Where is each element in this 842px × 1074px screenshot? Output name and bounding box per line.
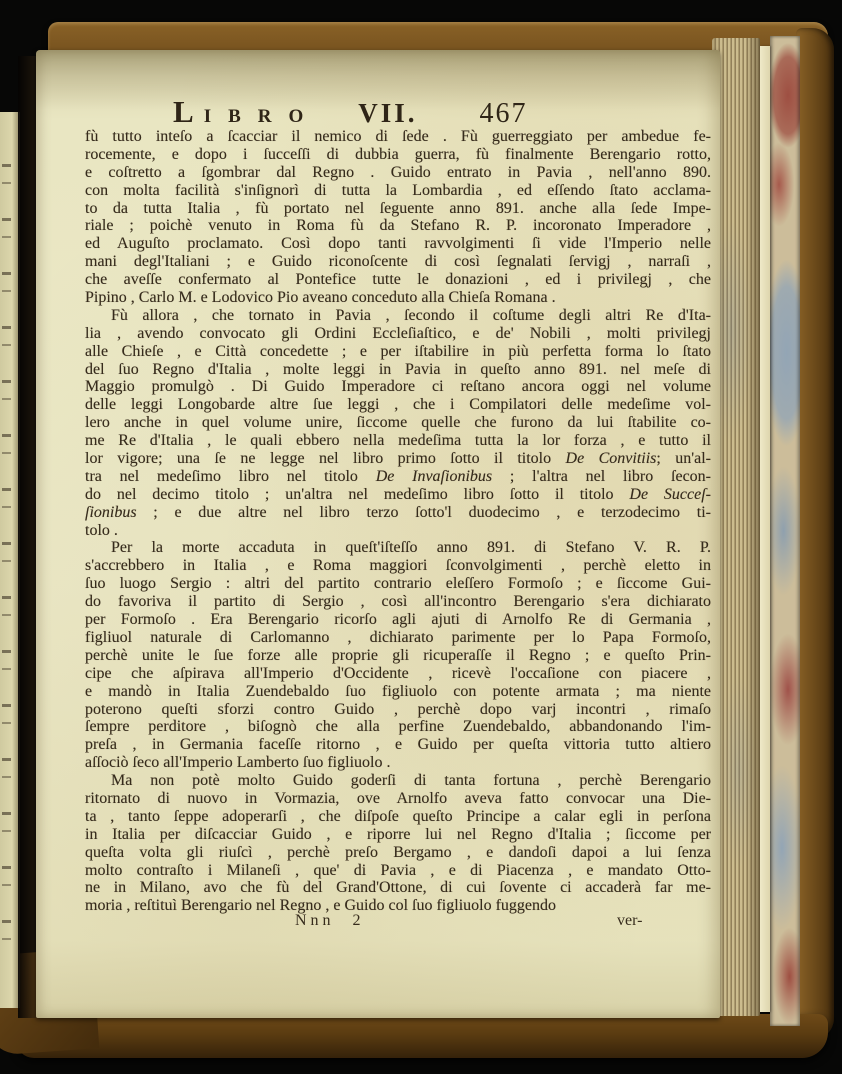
catchword: ver- bbox=[617, 912, 642, 930]
text-line: queſta volta gli riuſcì , perchè preſo B… bbox=[85, 844, 711, 862]
text-line: Fù allora , che tornato in Pavia , ſecon… bbox=[85, 307, 711, 325]
text-line: poterono queſti sforzi contro Guido , pe… bbox=[85, 701, 711, 719]
text-line: ne in Milano, avo che fù del Grand'Otton… bbox=[85, 879, 711, 897]
text-line: Per la morte accaduta in queſt'iſteſſo a… bbox=[85, 539, 711, 557]
text-line: che aveſſe confermato al Pontefice tutte… bbox=[85, 271, 711, 289]
text-line: per Formoſo . Era Berengario ricorſo agl… bbox=[85, 611, 711, 629]
text-line: Pipino , Carlo M. e Lodovico Pio aveano … bbox=[85, 289, 711, 307]
text-line: do favoriva il partito di Sergio , così … bbox=[85, 593, 711, 611]
marbled-endpaper-edge bbox=[770, 36, 800, 1026]
text-line: delle leggi Longobarde altre ſue leggi ,… bbox=[85, 396, 711, 414]
text-line: ſempre perditore , biſognò che alla perf… bbox=[85, 718, 711, 736]
text-line: in Italia per diſcacciar Guido , e ripor… bbox=[85, 826, 711, 844]
page-footer: Nnn 2 ver- bbox=[85, 912, 711, 932]
text-line: ſuo luogo Sergio : altri del partito con… bbox=[85, 575, 711, 593]
book-cover-right-edge bbox=[796, 28, 834, 1040]
text-line: ritornato di nuovo in Vormazia, ove Arno… bbox=[85, 790, 711, 808]
facing-page-text-fragments bbox=[2, 130, 11, 968]
text-line: con molta facilità s'inſignorì di tutta … bbox=[85, 182, 711, 200]
book-number-numeral: VII. bbox=[358, 98, 417, 129]
text-line: cipe che aſpirava all'Imperio d'Occident… bbox=[85, 665, 711, 683]
running-head: LIBRO VII. 467 bbox=[85, 94, 710, 132]
text-line: preſa , in Germania faceſſe ritorno , e … bbox=[85, 736, 711, 754]
text-line: do nel decimo titolo ; un'altra nel mede… bbox=[85, 486, 711, 504]
paragraph: fù tutto inteſo a ſcacciar il nemico di … bbox=[85, 128, 711, 307]
text-line: to da tutta Italia , fù portato nel ſegu… bbox=[85, 200, 711, 218]
text-line: ſionibus ; e due altre nel libro terzo ſ… bbox=[85, 504, 711, 522]
gathering-signature: Nnn 2 bbox=[295, 912, 365, 930]
book-cover-bottom-edge bbox=[16, 1014, 828, 1058]
book-title-initial: L bbox=[173, 94, 196, 130]
text-line: e coſtretto a ſgombrar dal Regno . Guido… bbox=[85, 164, 711, 182]
text-line: perchè unite le ſue forze alle proprie g… bbox=[85, 647, 711, 665]
text-line: lero anche in quel volume unire, ſiccome… bbox=[85, 414, 711, 432]
text-line: molto contraſto i Milaneſi , que' di Pav… bbox=[85, 862, 711, 880]
text-line: tra nel medeſimo libro nel titolo De Inv… bbox=[85, 468, 711, 486]
text-line: Ma non potè molto Guido goderſi di tanta… bbox=[85, 772, 711, 790]
text-line: figliuol naturale di Carlomanno , dichia… bbox=[85, 629, 711, 647]
flyleaf-edge bbox=[760, 46, 770, 1012]
book-title-word: LIBRO bbox=[173, 94, 320, 130]
text-block: fù tutto inteſo a ſcacciar il nemico di … bbox=[85, 128, 711, 915]
text-line: aſſociò ſeco all'Imperio Lamberto ſuo fi… bbox=[85, 754, 711, 772]
paragraph: Ma non potè molto Guido goderſi di tanta… bbox=[85, 772, 711, 915]
facing-page-sliver bbox=[0, 112, 20, 1008]
text-line: alle Chieſe , e Città concedette ; e per… bbox=[85, 343, 711, 361]
text-line: del ſuo Regno d'Italia , molte leggi in … bbox=[85, 361, 711, 379]
text-line: ta , tanto ſeppe adoperarſi , che diſpoſ… bbox=[85, 808, 711, 826]
text-line: e mandò in Italia Zuendebaldo ſuo figliu… bbox=[85, 683, 711, 701]
text-line: s'accrebbero in Italia , e Roma maggiori… bbox=[85, 557, 711, 575]
book-title-rest: IBRO bbox=[204, 106, 321, 128]
text-line: me Re d'Italia , le quali ebbero nella m… bbox=[85, 432, 711, 450]
text-line: lia , avendo convocato gli Ordini Eccleſ… bbox=[85, 325, 711, 343]
text-line: tolo . bbox=[85, 522, 711, 540]
paragraph: Fù allora , che tornato in Pavia , ſecon… bbox=[85, 307, 711, 540]
page-number: 467 bbox=[480, 98, 528, 130]
text-line: ed Auguſto proclamato. Così dopo tanti r… bbox=[85, 235, 711, 253]
text-line: rocemente, e dopo i ſucceſſi di dubbia g… bbox=[85, 146, 711, 164]
text-line: riale ; poichè venuto in Roma fù da Stef… bbox=[85, 217, 711, 235]
book-page: LIBRO VII. 467 fù tutto inteſo a ſcaccia… bbox=[36, 50, 720, 1018]
text-line: fù tutto inteſo a ſcacciar il nemico di … bbox=[85, 128, 711, 146]
text-line: lor vigore; una ſe ne legge nel libro pr… bbox=[85, 450, 711, 468]
paragraph: Per la morte accaduta in queſt'iſteſſo a… bbox=[85, 539, 711, 772]
text-line: Maggio promulgò . Di Guido Imperadore ci… bbox=[85, 378, 711, 396]
text-line: mani degl'Italiani ; e Guido riconoſcent… bbox=[85, 253, 711, 271]
